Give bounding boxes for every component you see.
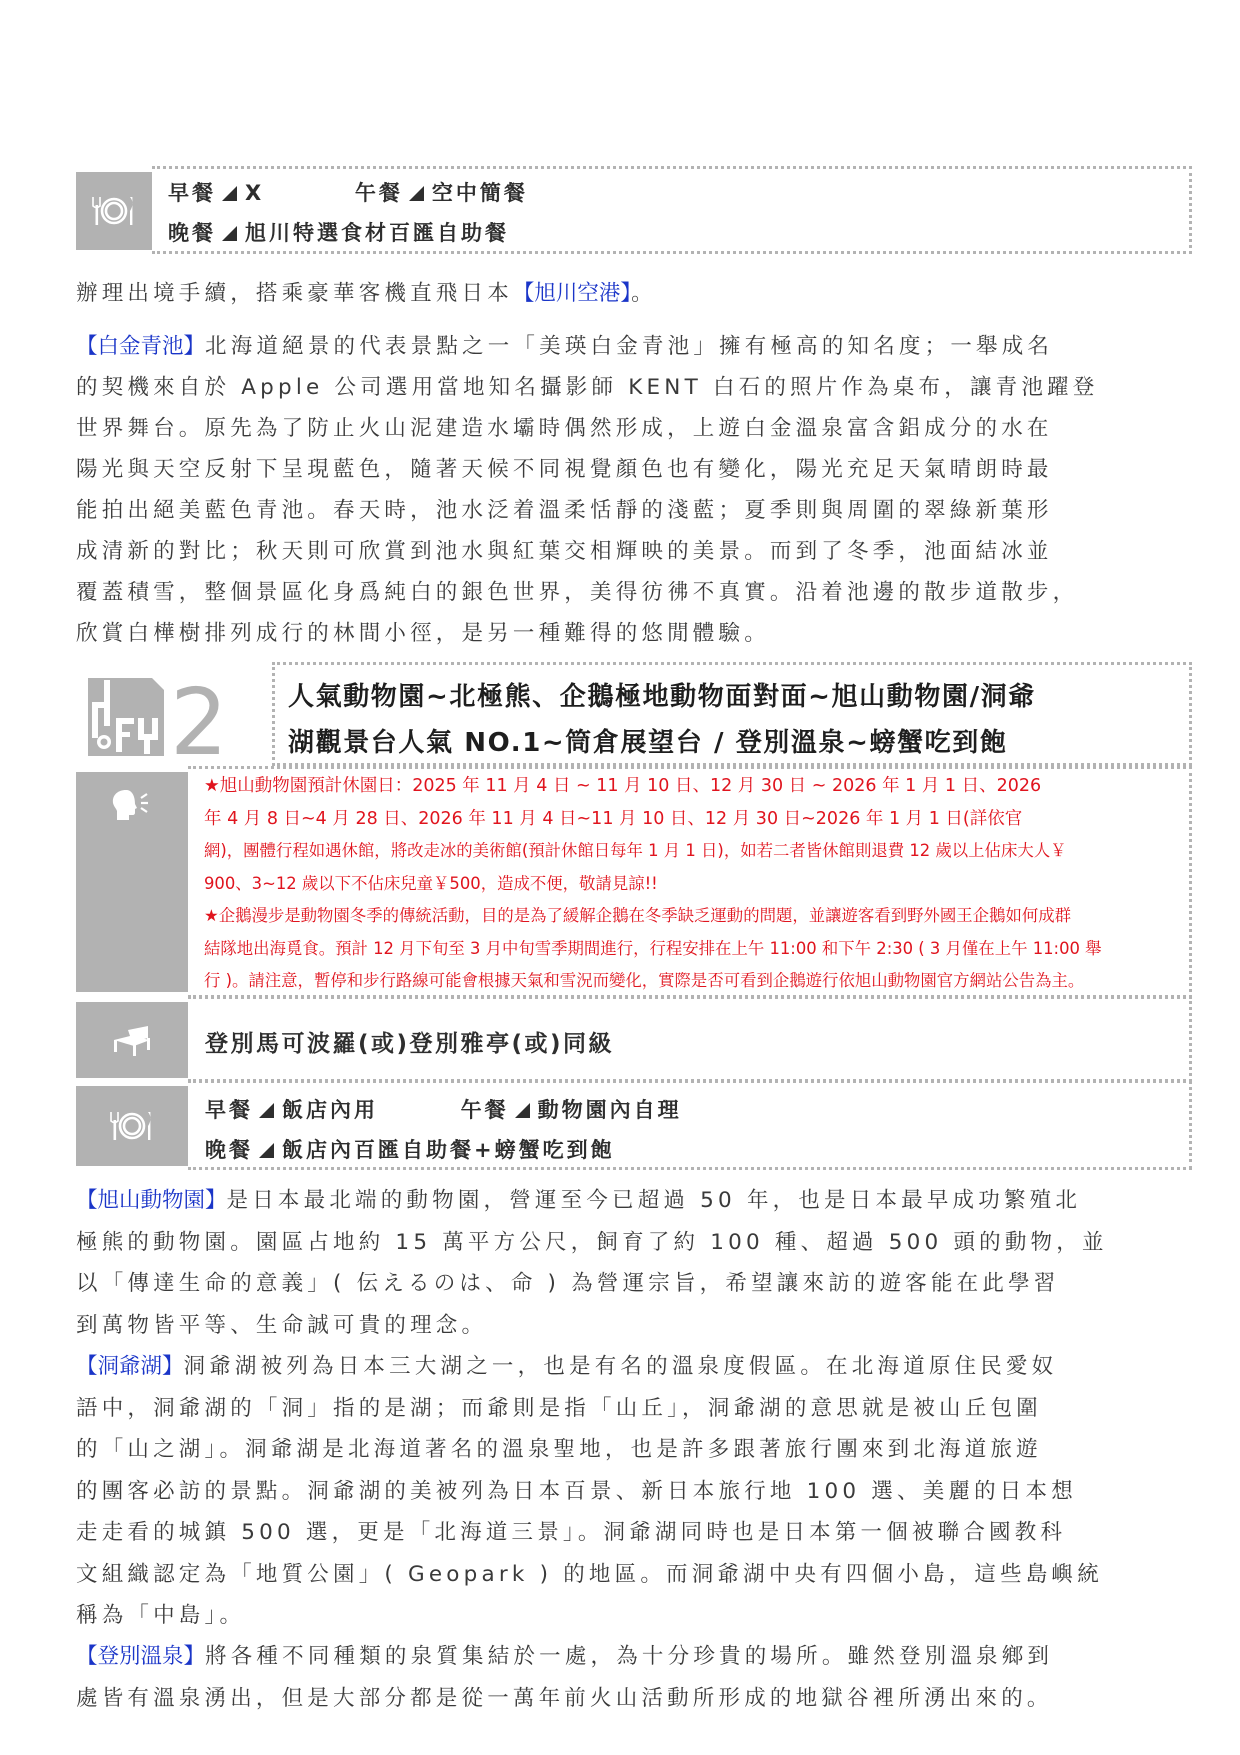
day1-meals-line1: 早餐X 午餐空中簡餐 xyxy=(168,177,528,207)
day2-logo: 2 xyxy=(88,672,234,760)
lunch-label: 午餐 xyxy=(461,1098,509,1122)
day2-description-toya: 【洞爺湖】洞爺湖被列為日本三大湖之一，也是有名的溫泉度假區。在北海道原住民愛奴 … xyxy=(76,1346,1174,1637)
day2-description-asahiyama: 【旭山動物園】是日本最北端的動物園，營運至今已超過 50 年，也是日本最早成功繁… xyxy=(76,1180,1174,1346)
text-line: 能拍出絕美藍色青池。春天時，池水泛着溫柔恬靜的淺藍；夏季則與周圍的翠綠新葉形 xyxy=(76,490,1174,531)
day2-meals-line1: 早餐飯店內用 午餐動物園內自理 xyxy=(205,1094,682,1124)
notice-line: 年 4 月 8 日~4 月 28 日、2026 年 11 月 4 日~11 月 … xyxy=(204,803,1184,836)
lunch-value: 動物園內自理 xyxy=(538,1098,682,1122)
triangle-bullet-icon xyxy=(409,186,424,201)
notice-line: 行 )。請注意，暫停和步行路線可能會根據天氣和雪況而變化，實際是否可看到企鵝遊行… xyxy=(204,965,1184,998)
notice-line: ★旭山動物園預計休園日：2025 年 11 月 4 日 ~ 11 月 10 日、… xyxy=(204,770,1184,803)
triangle-bullet-icon xyxy=(222,226,237,241)
day1-intro: 辦理出境手續，搭乘豪華客機直飛日本【旭川空港】。 xyxy=(76,273,1174,314)
hotel-icon-block xyxy=(76,1002,188,1078)
dinner-label: 晚餐 xyxy=(205,1138,253,1162)
triangle-bullet-icon xyxy=(259,1143,274,1158)
text-line: 走走看的城鎮 500 選，更是「北海道三景」。洞爺湖同時也是日本第一個被聯合國教… xyxy=(76,1512,1174,1554)
notice-line: 900、3~12 歲以下不佔床兒童￥500，造成不便，敬請見諒!! xyxy=(204,868,1184,901)
text-line: 的「山之湖」。洞爺湖是北海道著名的溫泉聖地，也是許多跟著旅行團來到北海道旅遊 xyxy=(76,1429,1174,1471)
lunch-value: 空中簡餐 xyxy=(432,181,528,205)
breakfast-label: 早餐 xyxy=(205,1098,253,1122)
notice-line: 網)，團體行程如遇休館，將改走冰的美術館(預計休館日每年 1 月 1 日)，如若… xyxy=(204,835,1184,868)
text-line: 以「傳達生命的意義」( 伝えるのは、命 ) 為營運宗旨，希望讓來訪的遊客能在此學… xyxy=(76,1263,1174,1305)
intro-end: 。 xyxy=(631,281,657,306)
triangle-bullet-icon xyxy=(222,186,237,201)
day-logo-icon: 2 xyxy=(88,672,234,760)
breakfast-value: X xyxy=(245,181,264,205)
triangle-bullet-icon xyxy=(515,1103,530,1118)
breakfast-value: 飯店內用 xyxy=(282,1098,378,1122)
day1-meals-line2: 晚餐旭川特選食材百匯自助餐 xyxy=(168,217,509,247)
day2-notice: ★旭山動物園預計休園日：2025 年 11 月 4 日 ~ 11 月 10 日、… xyxy=(204,770,1184,998)
dinner-label: 晚餐 xyxy=(168,221,216,245)
text-line: 語中，洞爺湖的「洞」指的是湖；而爺則是指「山丘」，洞爺湖的意思就是被山丘包圍 xyxy=(76,1388,1174,1430)
intro-text: 辦理出境手續，搭乘豪華客機直飛日本 xyxy=(76,281,513,306)
text-line: 北海道絕景的代表景點之一「美瑛白金青池」擁有極高的知名度；一舉成名 xyxy=(205,334,1053,359)
speaking-person-icon xyxy=(110,788,154,822)
dinner-value: 旭川特選食材百匯自助餐 xyxy=(245,221,509,245)
text-line: 處皆有溫泉湧出，但是大部分都是從一萬年前火山活動所形成的地獄谷裡所湧出來的。 xyxy=(76,1678,1174,1720)
tag-shirogane-blue-pond: 【白金青池】 xyxy=(76,334,205,359)
breakfast-label: 早餐 xyxy=(168,181,216,205)
text-line: 世界舞台。原先為了防止火山泥建造水壩時偶然形成，上遊白金溫泉富含鋁成分的水在 xyxy=(76,408,1174,449)
day2-description-noboribetsu: 【登別溫泉】將各種不同種類的泉質集結於一處，為十分珍貴的場所。雖然登別溫泉鄉到 … xyxy=(76,1636,1174,1719)
day2-meals-line2: 晚餐飯店內百匯自助餐+螃蟹吃到飽 xyxy=(205,1134,615,1164)
meal-icon-block xyxy=(76,1086,188,1166)
triangle-bullet-icon xyxy=(259,1103,274,1118)
lunch-label: 午餐 xyxy=(355,181,403,205)
plate-fork-knife-icon xyxy=(109,1108,155,1144)
tag-lake-toya: 【洞爺湖】 xyxy=(76,1354,184,1379)
dinner-value: 飯店內百匯自助餐+螃蟹吃到飽 xyxy=(282,1138,615,1162)
text-line: 成清新的對比；秋天則可欣賞到池水與紅葉交相輝映的美景。而到了冬季，池面結冰並 xyxy=(76,531,1174,572)
tag-asahiyama-zoo: 【旭山動物園】 xyxy=(76,1188,227,1213)
notice-line: 結隊地出海覓食。預計 12 月下旬至 3 月中旬雪季期間進行，行程安排在上午 1… xyxy=(204,933,1184,966)
text-line: 覆蓋積雪，整個景區化身爲純白的銀色世界，美得彷彿不真實。沿着池邊的散步道散步， xyxy=(76,572,1174,613)
notice-line: ★企鵝漫步是動物園冬季的傳統活動，目的是為了緩解企鵝在冬季缺乏運動的問題，並讓遊… xyxy=(204,900,1184,933)
bed-icon xyxy=(112,1024,152,1056)
day2-title-line2: 湖觀景台人氣 NO.1~筒倉展望台 / 登別溫泉~螃蟹吃到飽 xyxy=(288,722,1007,759)
text-line: 是日本最北端的動物園，營運至今已超過 50 年，也是日本最早成功繁殖北 xyxy=(227,1188,1082,1213)
text-line: 稱為「中島」。 xyxy=(76,1595,1174,1637)
day2-title-line1: 人氣動物園~北極熊、企鵝極地動物面對面~旭山動物園/洞爺 xyxy=(288,676,1036,713)
text-line: 的契機來自於 Apple 公司選用當地知名攝影師 KENT 白石的照片作為桌布，… xyxy=(76,367,1174,408)
text-line: 陽光與天空反射下呈現藍色，隨著天候不同視覺顏色也有變化，陽光充足天氣晴朗時最 xyxy=(76,449,1174,490)
svg-text:2: 2 xyxy=(170,672,228,760)
text-line: 洞爺湖被列為日本三大湖之一，也是有名的溫泉度假區。在北海道原住民愛奴 xyxy=(184,1354,1058,1379)
meal-icon-block xyxy=(76,172,152,250)
text-line: 欣賞白樺樹排列成行的林間小徑，是另一種難得的悠閒體驗。 xyxy=(76,613,1174,654)
text-line: 極熊的動物園。園區占地約 15 萬平方公尺，飼育了約 100 種、超過 500 … xyxy=(76,1222,1174,1264)
text-line: 將各種不同種類的泉質集結於一處，為十分珍貴的場所。雖然登別溫泉鄉到 xyxy=(205,1644,1053,1669)
notice-icon-block xyxy=(76,772,188,992)
tag-noboribetsu-onsen: 【登別溫泉】 xyxy=(76,1644,205,1669)
text-line: 到萬物皆平等、生命誠可貴的理念。 xyxy=(76,1305,1174,1347)
text-line: 文組織認定為「地質公園」( Geopark ) 的地區。而洞爺湖中央有四個小島，… xyxy=(76,1554,1174,1596)
hotel-name: 登別馬可波羅(或)登別雅亭(或)同級 xyxy=(205,1025,614,1058)
text-line: 的團客必訪的景點。洞爺湖的美被列為日本百景、新日本旅行地 100 選、美麗的日本… xyxy=(76,1471,1174,1513)
day1-description: 【白金青池】北海道絕景的代表景點之一「美瑛白金青池」擁有極高的知名度；一舉成名 … xyxy=(76,326,1174,654)
tag-asahikawa-airport: 【旭川空港】 xyxy=(513,281,631,306)
plate-fork-knife-icon xyxy=(91,193,137,229)
